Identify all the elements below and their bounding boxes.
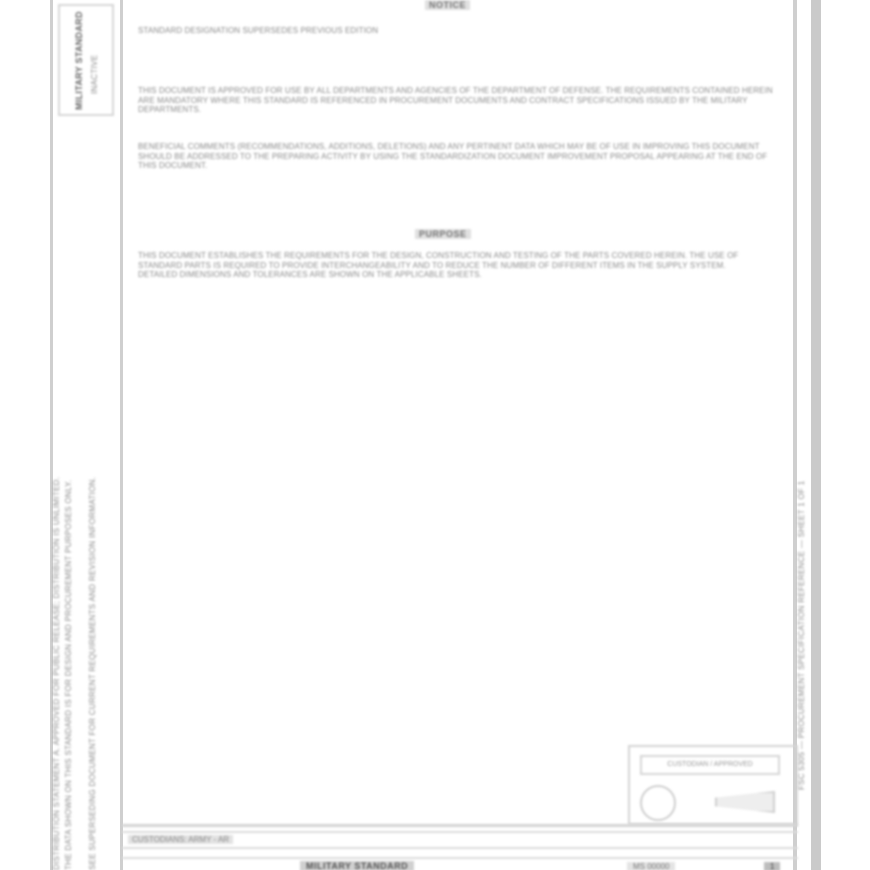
custodian-label: CUSTODIANS: ARMY - AR bbox=[128, 835, 233, 844]
left-margin-text-2: THE DATA SHOWN ON THIS STANDARD IS FOR D… bbox=[64, 250, 73, 870]
paragraph-2: BENEFICIAL COMMENTS (RECOMMENDATIONS, AD… bbox=[138, 142, 788, 171]
left-margin-text-1: DISTRIBUTION STATEMENT A. APPROVED FOR P… bbox=[52, 150, 61, 870]
document-number: MS 00000 bbox=[627, 862, 675, 870]
sheet-number: 1 bbox=[764, 862, 780, 870]
purpose-heading: PURPOSE bbox=[415, 229, 471, 239]
left-margin-stamp: MILITARY STANDARD INACTIVE bbox=[58, 4, 114, 116]
paragraph-3: THIS DOCUMENT ESTABLISHES THE REQUIREMEN… bbox=[138, 251, 758, 280]
right-outer-border-line bbox=[811, 0, 821, 870]
approval-stamp: CUSTODIAN / APPROVED bbox=[628, 745, 798, 825]
notice-heading: NOTICE bbox=[425, 0, 470, 10]
right-margin-text: FSC 5305 — PROCUREMENT SPECIFICATION REF… bbox=[797, 390, 806, 790]
intro-line: STANDARD DESIGNATION SUPERSEDES PREVIOUS… bbox=[138, 26, 458, 36]
approval-seal-icon bbox=[640, 785, 676, 821]
stamp-line-2: INACTIVE bbox=[90, 34, 99, 94]
approval-label: CUSTODIAN / APPROVED bbox=[640, 755, 780, 775]
stamp-line-1: MILITARY STANDARD bbox=[74, 14, 84, 110]
left-inner-border-line bbox=[120, 0, 123, 870]
approval-taper-icon bbox=[715, 791, 775, 813]
paragraph-1: THIS DOCUMENT IS APPROVED FOR USE BY ALL… bbox=[138, 86, 788, 115]
title-block: CUSTODIANS: ARMY - AR MILITARY STANDARD … bbox=[122, 824, 798, 870]
left-margin-text-3: SEE SUPERSEDING DOCUMENT FOR CURRENT REQ… bbox=[88, 175, 97, 870]
document-title: MILITARY STANDARD bbox=[300, 861, 414, 870]
